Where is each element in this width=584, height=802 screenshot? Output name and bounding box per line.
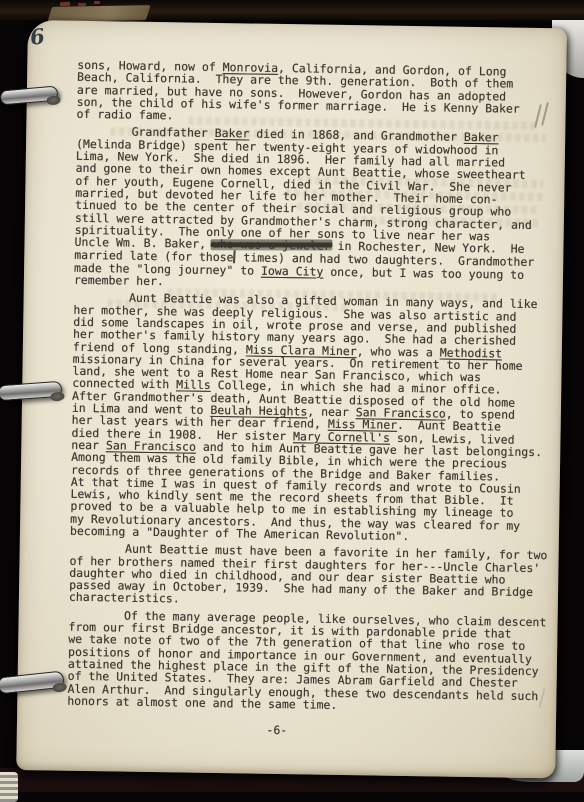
struck-out-text: who was a jeweler bbox=[213, 237, 331, 253]
red-paint-mark bbox=[60, 2, 70, 7]
typed-text-block: sons, Howard, now of Monrovia, Californi… bbox=[67, 59, 563, 741]
paragraph: Aunt Beattie was also a gifted woman in … bbox=[70, 291, 559, 545]
paragraph: Of the many average people, like ourselv… bbox=[67, 608, 553, 714]
binder-ring bbox=[0, 381, 62, 401]
page-stack-edge bbox=[0, 772, 18, 802]
paragraph: Aunt Beattie must have been a favorite i… bbox=[69, 542, 555, 611]
red-paint-mark bbox=[94, 1, 100, 4]
red-paint-mark bbox=[78, 3, 86, 6]
paragraph: sons, Howard, now of Monrovia, Californi… bbox=[76, 59, 562, 128]
binder-cover-corner bbox=[47, 5, 150, 22]
paragraph: Grandfather Baker died in 1868, and Gran… bbox=[74, 125, 561, 293]
underlined-text: Iowa City bbox=[261, 263, 324, 278]
handwritten-page-number: 6 bbox=[28, 23, 46, 50]
binder-ring bbox=[0, 86, 59, 106]
page-number: -6- bbox=[67, 721, 487, 740]
binder-ring bbox=[0, 671, 65, 695]
document-page: sons, Howard, now of Monrovia, Californi… bbox=[16, 20, 567, 778]
scanned-binder-photo: sons, Howard, now of Monrovia, Californi… bbox=[0, 0, 584, 802]
